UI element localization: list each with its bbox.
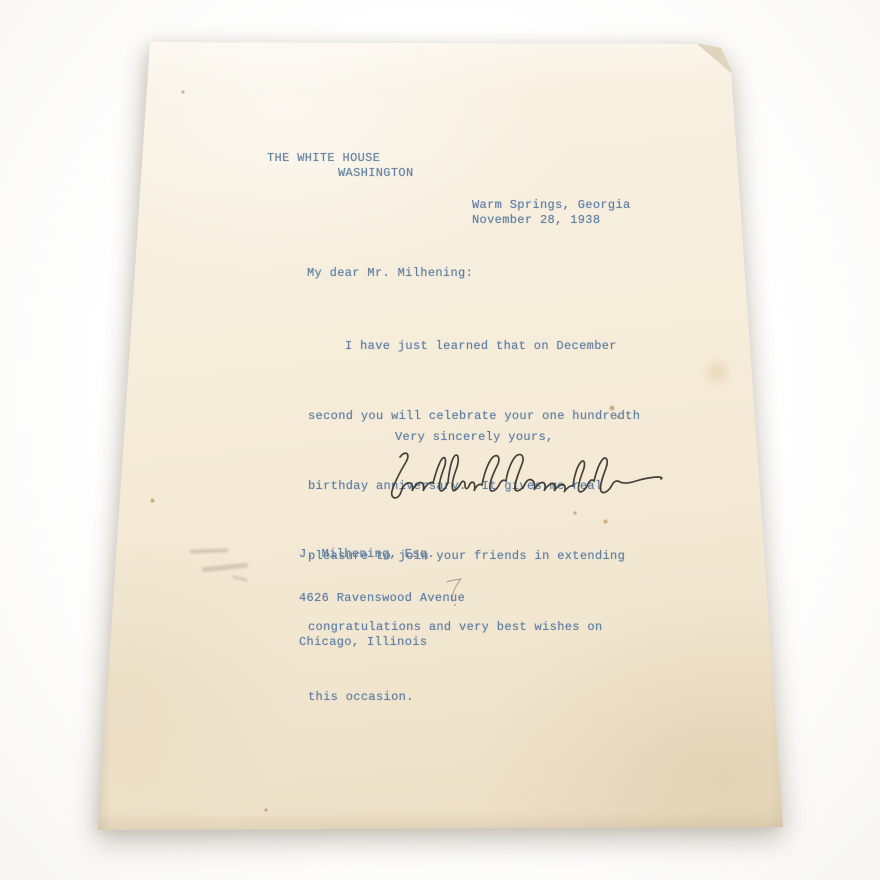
pencil-annotation <box>442 575 468 609</box>
recipient-name: J. Milhening, Esq. <box>299 547 465 562</box>
foxing-spot <box>609 405 615 411</box>
body-line: this occasion. <box>308 686 640 709</box>
body-line: I have just learned that on December <box>308 335 640 358</box>
letterhead-line2: WASHINGTON <box>338 166 414 181</box>
dateline-place: Warm Springs, Georgia <box>472 198 631 213</box>
age-stain <box>701 357 733 387</box>
foxing-spot <box>603 519 608 524</box>
foxing-spot <box>616 415 620 419</box>
recipient-city: Chicago, Illinois <box>299 635 465 650</box>
recipient-street: 4626 Ravenswood Avenue <box>299 591 465 606</box>
recipient-block: J. Milhening, Esq. 4626 Ravenswood Avenu… <box>299 517 465 680</box>
dateline-date: November 28, 1938 <box>472 213 600 228</box>
foxing-spot <box>264 808 268 812</box>
salutation: My dear Mr. Milhening: <box>307 266 473 281</box>
letterhead-line1: THE WHITE HOUSE <box>267 151 380 166</box>
foxing-spot <box>150 498 155 503</box>
photo-background: THE WHITE HOUSE WASHINGTON Warm Springs,… <box>0 0 880 880</box>
body-line: second you will celebrate your one hundr… <box>308 405 640 428</box>
signature-franklin-d-roosevelt <box>386 446 670 510</box>
paper-shadow: THE WHITE HOUSE WASHINGTON Warm Springs,… <box>0 0 880 880</box>
foxing-spot <box>181 90 185 94</box>
closing: Very sincerely yours, <box>395 430 554 445</box>
letter-paper: THE WHITE HOUSE WASHINGTON Warm Springs,… <box>0 0 880 880</box>
foxing-spot <box>573 511 577 515</box>
